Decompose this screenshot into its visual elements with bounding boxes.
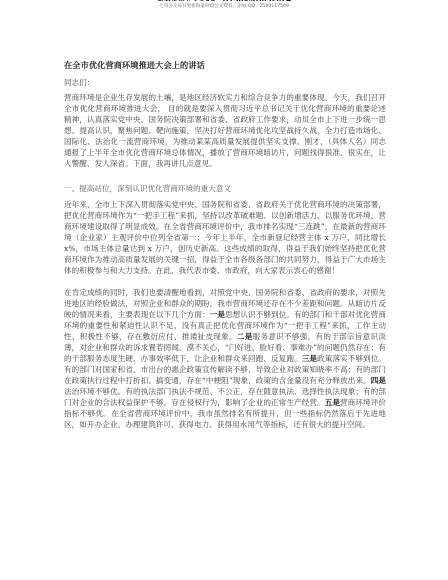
ordinal-marker: 五是 [325,398,340,407]
problems-paragraph: 在肯定成绩的同时，我们也要清醒地看到，对照党中央、国务院和省委、省政府的要求，对… [64,287,386,430]
ordinal-marker: 三是 [302,354,317,363]
achievements-paragraph: 近年来，全市上下深入贯彻落实党中央、国务院和省委、省政府关于优化营商环境的决策部… [64,199,386,276]
section-heading: 一、提高站位，深刻认识优化营商环境的重大意义 [64,183,231,194]
intro-paragraph: 营商环境是企业生存发展的土壤，是地区经济软实力和综合竞争力的重要体现。今天，我们… [64,92,386,169]
header-promo-line: 更多免费公文+VX：Q1S8X@H8S2024 [0,0,448,1]
ordinal-marker: 一是 [210,310,225,319]
document-title: 在全市优化营商环境推进大会上的讲话 [64,60,205,71]
header-contact-line: 七哥公文每日更新海量时政公文资料，添加 QQ：2500117509 [0,3,448,11]
page-header: 更多免费公文+VX：Q1S8X@H8S2024 七哥公文每日更新海量时政公文资料… [0,0,448,11]
ordinal-marker: 四是 [371,376,386,385]
salutation: 同志们： [64,77,94,88]
ordinal-marker: 二是 [237,332,253,341]
